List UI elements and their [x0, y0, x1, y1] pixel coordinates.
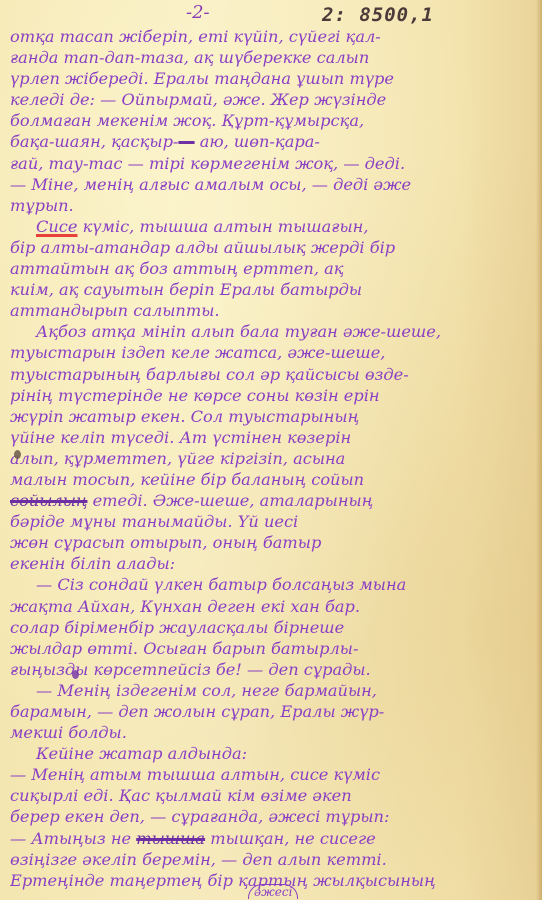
manuscript-line: солар біріменбір жауласқалы бірнеше — [10, 617, 538, 638]
manuscript-line: болмаған мекенім жоқ. Құрт-құмырсқа, — [10, 110, 538, 131]
handwritten-text: отқа тасап жіберіп, еті күйіп, сүйегі қа… — [10, 26, 538, 891]
line-text: ғыңызды көрсетпейсіз бе! — деп сұрады. — [10, 660, 371, 679]
line-text: киім, ақ сауытын беріп Ералы батырды — [10, 280, 362, 299]
manuscript-line: ғай, тау-тас — тірі көрмегенім жоқ, — де… — [10, 153, 538, 174]
line-text: болмаған мекенім жоқ. Құрт-құмырсқа, — [10, 111, 364, 130]
margin-note: әжесі — [248, 884, 298, 899]
struck-word: сойылың — [10, 491, 87, 510]
ink-blot — [72, 670, 79, 679]
manuscript-line: тұрып. — [10, 195, 538, 216]
line-text: аттайтын ақ — [10, 259, 139, 278]
manuscript-line: туыстарын іздеп келе жатса, әже-шеше, — [10, 342, 538, 363]
manuscript-line: — Атыңыз не тышша тышқан, не сисеге — [10, 828, 538, 849]
manuscript-line: үйіне келіп түседі. Ат үстінен көзерін — [10, 427, 538, 448]
manuscript-line: бір алты-атандар алды айшылық жерді бір — [10, 237, 538, 258]
manuscript-line: сиқырлі еді. Қас қылмай кім өзіме әкеп — [10, 785, 538, 806]
manuscript-line: жылдар өтті. Осыған барып батырлы- — [10, 638, 538, 659]
manuscript-line: сойылың етеді. Әже-шеше, аталарының — [10, 490, 538, 511]
line-text: боз аттың ерттеп, ақ — [139, 259, 343, 278]
line-text: Сисе күміс, тышша алтын тышағын, — [36, 217, 368, 236]
line-text: туыстарының барлығы сол әр қайсысы өзде- — [10, 365, 409, 384]
manuscript-line: Сисе күміс, тышша алтын тышағын, — [10, 216, 538, 237]
line-text: өзіңізге әкеліп беремін, — деп алып кетт… — [10, 850, 387, 869]
line-text: барамын, — деп жолын сұрап, Ералы жүр- — [10, 702, 384, 721]
manuscript-line: үрлеп жібереді. Ералы таңдана ұшып түре — [10, 68, 538, 89]
line-text: Кейіне жатар алдында: — [36, 744, 247, 763]
line-text: ғанда тап-дап-таза, ақ шүберекке салып — [10, 48, 369, 67]
manuscript-line: аттайтын ақ боз аттың ерттеп, ақ — [10, 258, 538, 279]
manuscript-line: — Менің іздегенім сол, неге бармайын, — [10, 680, 538, 701]
line-text: жақта Айхан, Күнхан деген екі хан бар. — [10, 597, 360, 616]
line-text: сиқырлі еді. Қас қылмай кім өзіме әкеп — [10, 786, 352, 805]
line-text: бәріде мұны танымайды. Үй иесі — [10, 512, 298, 531]
manuscript-page: -2- 2: 8500,1 отқа тасап жіберіп, еті кү… — [0, 0, 542, 900]
line-text: — Міне, менің алғыс амалым осы, — деді ә… — [10, 175, 411, 194]
line-text: аю, шөп-қара- — [195, 132, 320, 151]
manuscript-line: мекші болды. — [10, 722, 538, 743]
page-number: -2- — [186, 2, 210, 23]
manuscript-line: аттандырып салыпты. — [10, 300, 538, 321]
manuscript-line: алып, құрметтеп, үйге кіргізіп, асына — [10, 448, 538, 469]
highlighted-word: Сисе — [36, 217, 77, 236]
line-text: бақа-шаян, қасқыр- — [10, 132, 178, 151]
manuscript-line: келеді де: — Ойпырмай, әже. Жер жүзінде — [10, 89, 538, 110]
manuscript-line: Кейіне жатар алдында: — [10, 743, 538, 764]
manuscript-line: өзіңізге әкеліп беремін, — деп алып кетт… — [10, 849, 538, 870]
manuscript-line: бәріде мұны танымайды. Үй иесі — [10, 511, 538, 532]
line-text: малын тосып, кейіне бір баланың сойып — [10, 470, 364, 489]
manuscript-line: жақта Айхан, Күнхан деген екі хан бар. — [10, 596, 538, 617]
ink-blot — [14, 450, 21, 459]
line-text: бір алты-атандар алды айшылық жерді бір — [10, 238, 395, 257]
line-text: үрлеп жібереді. Ералы таңдана ұшып түре — [10, 69, 394, 88]
manuscript-line: жүріп жатыр екен. Сол туыстарының — [10, 406, 538, 427]
manuscript-line: барамын, — деп жолын сұрап, Ералы жүр- — [10, 701, 538, 722]
line-text: екенін біліп алады: — [10, 554, 175, 573]
manuscript-line: берер екен деп, — сұрағанда, әжесі тұрып… — [10, 806, 538, 827]
line-text: үйіне келіп түседі. Ат үстінен көзерін — [10, 428, 351, 447]
manuscript-line: — Менің атым тышша алтын, сисе күміс — [10, 764, 538, 785]
line-text: Ақбоз атқа мініп алып бала туған әже-шеш… — [36, 322, 441, 341]
manuscript-line: жөн сұрасып отырып, оның батыр — [10, 532, 538, 553]
manuscript-line: ғыңызды көрсетпейсіз бе! — деп сұрады. — [10, 659, 538, 680]
archive-code: 2: 8500,1 — [322, 4, 434, 26]
line-text: келеді де: — Ойпырмай, әже. Жер жүзінде — [10, 90, 386, 109]
line-text: рінің түстерінде не көрсе соны көзін ері… — [10, 386, 380, 405]
struck-word: тышша — [136, 829, 205, 848]
line-text: — Менің атым тышша алтын, сисе күміс — [10, 765, 380, 784]
line-text: аттандырып салыпты. — [10, 301, 220, 320]
struck-word: — — [178, 132, 194, 151]
manuscript-line: отқа тасап жіберіп, еті күйіп, сүйегі қа… — [10, 26, 538, 47]
manuscript-line: рінің түстерінде не көрсе соны көзін ері… — [10, 385, 538, 406]
manuscript-line: малын тосып, кейіне бір баланың сойып — [10, 469, 538, 490]
line-text: етеді. Әже-шеше, аталарының — [87, 491, 373, 510]
line-text: алып, құрметтеп, үйге кіргізіп, асына — [10, 449, 345, 468]
manuscript-line: туыстарының барлығы сол әр қайсысы өзде- — [10, 364, 538, 385]
manuscript-line: Ақбоз атқа мініп алып бала туған әже-шеш… — [10, 321, 538, 342]
manuscript-line: бақа-шаян, қасқыр-— аю, шөп-қара- — [10, 131, 538, 152]
line-text: мекші болды. — [10, 723, 127, 742]
manuscript-line: екенін біліп алады: — [10, 553, 538, 574]
manuscript-line: киім, ақ сауытын беріп Ералы батырды — [10, 279, 538, 300]
manuscript-line: — Сіз сондай үлкен батыр болсаңыз мына — [10, 574, 538, 595]
line-text: — Сіз сондай үлкен батыр болсаңыз мына — [36, 575, 406, 594]
line-text: отқа тасап жіберіп, еті күйіп, сүйегі қа… — [10, 27, 381, 46]
line-text: ғай, тау-тас — тірі көрмегенім жоқ, — де… — [10, 154, 405, 173]
line-text: — Атыңыз не — [10, 829, 136, 848]
manuscript-line: ғанда тап-дап-таза, ақ шүберекке салып — [10, 47, 538, 68]
line-text: Ертеңінде таңертең бір қартың жылқысының — [10, 871, 436, 890]
line-text: солар біріменбір жауласқалы бірнеше — [10, 618, 344, 637]
line-text: тұрып. — [10, 196, 74, 215]
line-text: берер екен деп, — сұрағанда, әжесі тұрып… — [10, 807, 389, 826]
line-text: тышқан, не сисеге — [205, 829, 376, 848]
line-text: туыстарын іздеп келе жатса, әже-шеше, — [10, 343, 385, 362]
line-text: жөн сұрасып отырып, оның батыр — [10, 533, 321, 552]
line-text: — Менің іздегенім сол, неге бармайын, — [36, 681, 377, 700]
manuscript-line: — Міне, менің алғыс амалым осы, — деді ә… — [10, 174, 538, 195]
line-text: жылдар өтті. Осыған барып батырлы- — [10, 639, 358, 658]
line-text: жүріп жатыр екен. Сол туыстарының — [10, 407, 359, 426]
